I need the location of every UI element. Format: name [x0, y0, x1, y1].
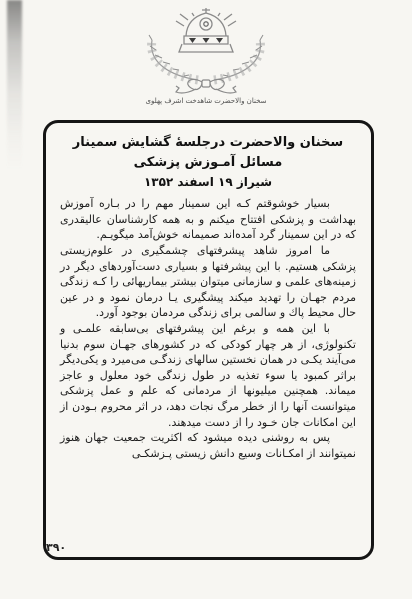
page-number: ۳۹۰: [46, 541, 118, 554]
emblem-caption: سخنان والاحضرت شاهدخت اشرف پهلوی: [0, 97, 412, 105]
royal-emblem-icon: [116, 6, 296, 96]
crown-icon: [176, 8, 236, 52]
document-title: سخنان والاحضرت درجلسهٔ گشایش سمینار مسائ…: [64, 133, 352, 173]
body-paragraph: ما امروز شاهد پیشرفتهای چشمگیری در علوم‌…: [60, 243, 356, 321]
scan-page: { "masthead": { "emblem_icon": "pahlavi-…: [0, 0, 412, 599]
body-paragraph: بسیار خوشوقتم کـه این سمینار مهم را در ب…: [60, 196, 356, 243]
crown-band-gems: [189, 38, 223, 43]
document-frame: سخنان والاحضرت درجلسهٔ گشایش سمینار مسائ…: [43, 120, 374, 560]
body-paragraph: پس به روشنی دیده میشود که اکثریت جمعیت ج…: [60, 430, 356, 461]
document-body: بسیار خوشوقتم کـه این سمینار مهم را در ب…: [60, 196, 356, 461]
document-date: شیراز ۱۹ اسفند ۱۳۵۲: [60, 175, 356, 189]
royal-emblem: [0, 6, 412, 96]
body-paragraph: با این همه و برغم این پیشرفتهای بی‌سابقه…: [60, 321, 356, 430]
ribbon-bow-icon: [176, 79, 236, 93]
